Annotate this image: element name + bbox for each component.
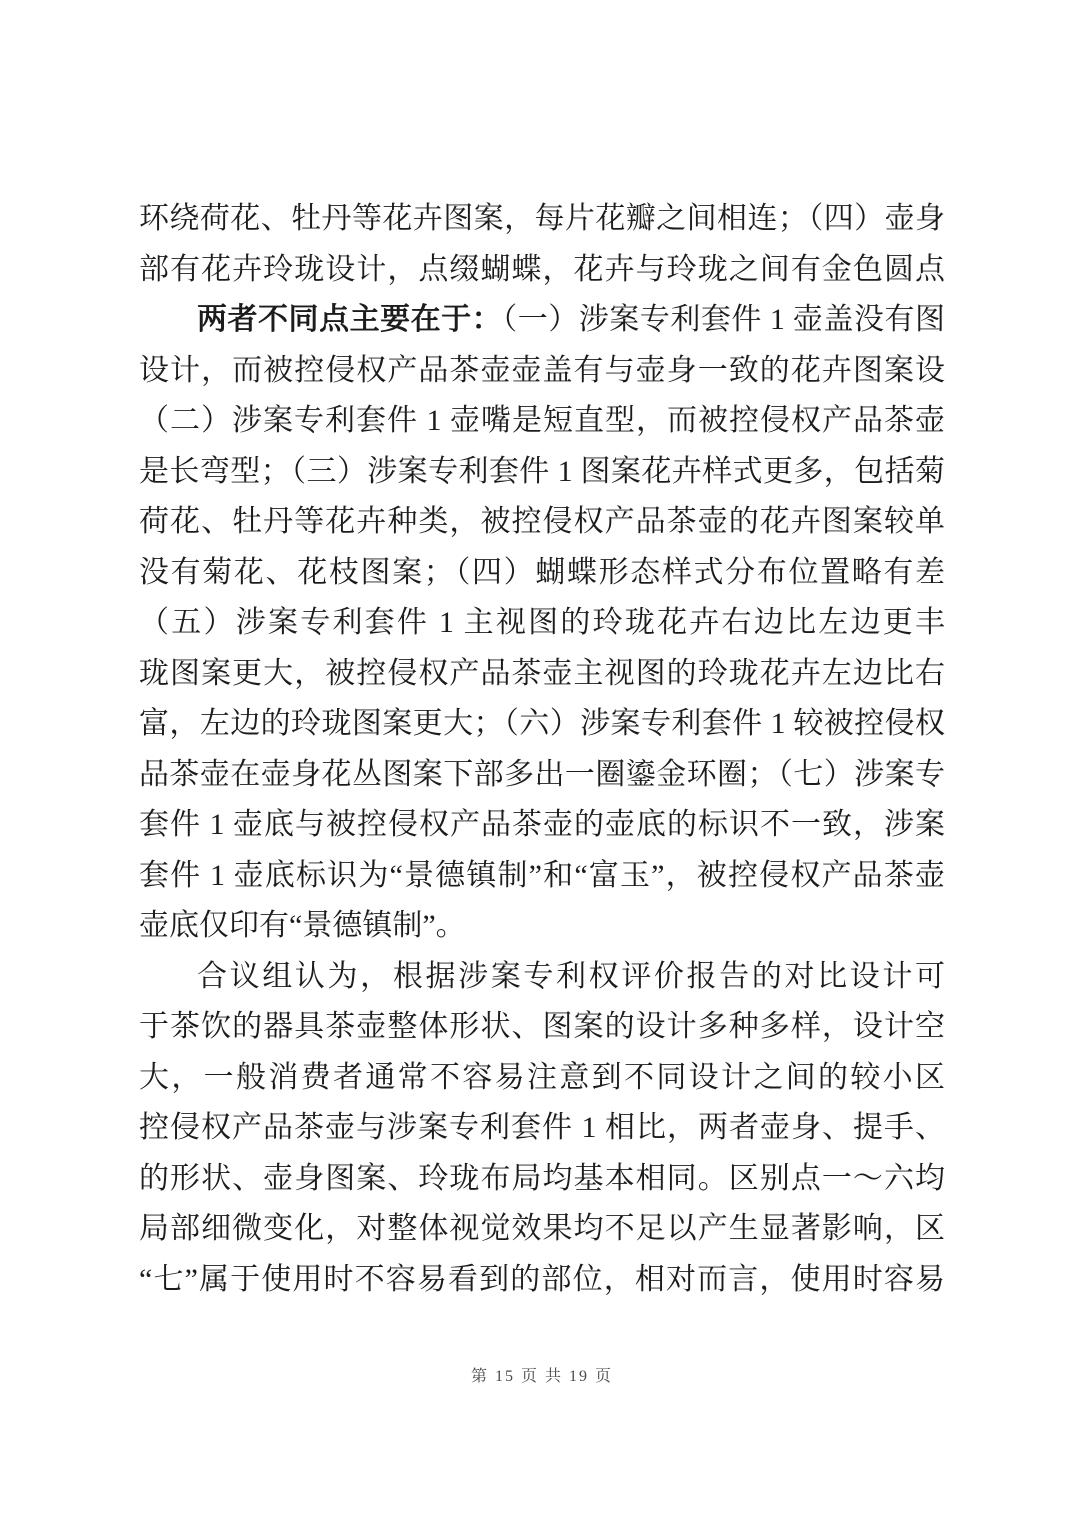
text-run: 品茶壶在壶身花丛图案下部多出一圈鎏金环圈；（七）涉案专利 xyxy=(139,758,945,801)
text-line: “七”属于使用时不容易看到的部位，相对而言，使用时容易看 xyxy=(139,1255,945,1306)
text-run: 合议组认为，根据涉案专利权评价报告的对比设计可知，用 xyxy=(139,960,945,1003)
document-body: 环绕荷花、牡丹等花卉图案，每片花瓣之间相连；（四）壶身上部有花卉玲珑设计，点缀蝴… xyxy=(139,194,945,1305)
text-run: （二）涉案专利套件 1 壶嘴是短直型，而被控侵权产品茶壶壶嘴 xyxy=(139,404,945,447)
text-line: 没有菊花、花枝图案；（四）蝴蝶形态样式分布位置略有差异； xyxy=(139,548,945,599)
text-run: 壶底仅印有“景德镇制”。 xyxy=(139,909,466,942)
text-line: 于茶饮的器具茶壶整体形状、图案的设计多种多样，设计空间较 xyxy=(139,1002,945,1053)
text-run: “七”属于使用时不容易看到的部位，相对而言，使用时容易看 xyxy=(139,1263,945,1306)
text-line: 品茶壶在壶身花丛图案下部多出一圈鎏金环圈；（七）涉案专利 xyxy=(139,750,945,801)
text-run: 设计，而被控侵权产品茶壶壶盖有与壶身一致的花卉图案设计； xyxy=(139,354,945,397)
text-line: 珑图案更大，被控侵权产品茶壶主视图的玲珑花卉左边比右边丰 xyxy=(139,649,945,700)
text-line: 部有花卉玲珑设计，点缀蝴蝶，花卉与玲珑之间有金色圆点图案。 xyxy=(139,245,945,296)
text-line: 套件 1 壶底标识为“景德镇制”和“富玉”，被控侵权产品茶壶 xyxy=(139,851,945,902)
text-line: 合议组认为，根据涉案专利权评价报告的对比设计可知，用 xyxy=(139,952,945,1003)
text-line: 控侵权产品茶壶与涉案专利套件 1 相比，两者壶身、提手、壶盖 xyxy=(139,1103,945,1154)
text-run: 是长弯型；（三）涉案专利套件 1 图案花卉样式更多，包括菊花、 xyxy=(139,455,945,498)
text-line: （五）涉案专利套件 1 主视图的玲珑花卉右边比左边更丰富，玲 xyxy=(139,598,945,649)
text-run: 部有花卉玲珑设计，点缀蝴蝶，花卉与玲珑之间有金色圆点图案。 xyxy=(139,253,945,296)
text-run: 局部细微变化，对整体视觉效果均不足以产生显著影响，区别点 xyxy=(139,1212,945,1255)
text-run: 于茶饮的器具茶壶整体形状、图案的设计多种多样，设计空间较 xyxy=(139,1010,945,1053)
text-line: 是长弯型；（三）涉案专利套件 1 图案花卉样式更多，包括菊花、 xyxy=(139,447,945,498)
text-run: 没有菊花、花枝图案；（四）蝴蝶形态样式分布位置略有差异； xyxy=(139,556,945,599)
page-number-label: 第 15 页 共 19 页 xyxy=(471,1368,613,1385)
text-run: 套件 1 壶底标识为“景德镇制”和“富玉”，被控侵权产品茶壶 xyxy=(139,859,945,892)
text-line: 设计，而被控侵权产品茶壶壶盖有与壶身一致的花卉图案设计； xyxy=(139,346,945,397)
text-run: 富，左边的玲珑图案更大；（六）涉案专利套件 1 较被控侵权产 xyxy=(139,707,945,750)
text-line: 壶底仅印有“景德镇制”。 xyxy=(139,901,945,952)
text-line: 两者不同点主要在于：（一）涉案专利套件 1 壶盖没有图案 xyxy=(139,295,945,346)
text-line: 局部细微变化，对整体视觉效果均不足以产生显著影响，区别点 xyxy=(139,1204,945,1255)
text-line: 的形状、壶身图案、玲珑布局均基本相同。区别点一～六均属于 xyxy=(139,1154,945,1205)
text-run: 大，一般消费者通常不容易注意到不同设计之间的较小区别。被 xyxy=(139,1061,945,1104)
text-run: 环绕荷花、牡丹等花卉图案，每片花瓣之间相连；（四）壶身上 xyxy=(139,202,945,245)
text-line: 富，左边的玲珑图案更大；（六）涉案专利套件 1 较被控侵权产 xyxy=(139,699,945,750)
bold-text-run: 两者不同点主要在于： xyxy=(197,303,502,336)
text-run: 套件 1 壶底与被控侵权产品茶壶的壶底的标识不一致，涉案专利 xyxy=(139,808,945,851)
document-page: 环绕荷花、牡丹等花卉图案，每片花瓣之间相连；（四）壶身上部有花卉玲珑设计，点缀蝴… xyxy=(0,0,1074,1520)
page-footer: 第 15 页 共 19 页 xyxy=(139,1366,945,1388)
text-run: 控侵权产品茶壶与涉案专利套件 1 相比，两者壶身、提手、壶盖 xyxy=(139,1111,945,1154)
text-line: 大，一般消费者通常不容易注意到不同设计之间的较小区别。被 xyxy=(139,1053,945,1104)
text-run: 荷花、牡丹等花卉种类，被控侵权产品茶壶的花卉图案较单一， xyxy=(139,505,945,548)
text-line: 荷花、牡丹等花卉种类，被控侵权产品茶壶的花卉图案较单一， xyxy=(139,497,945,548)
text-run: 的形状、壶身图案、玲珑布局均基本相同。区别点一～六均属于 xyxy=(139,1162,945,1205)
text-run: 珑图案更大，被控侵权产品茶壶主视图的玲珑花卉左边比右边丰 xyxy=(139,657,945,700)
text-line: （二）涉案专利套件 1 壶嘴是短直型，而被控侵权产品茶壶壶嘴 xyxy=(139,396,945,447)
text-line: 环绕荷花、牡丹等花卉图案，每片花瓣之间相连；（四）壶身上 xyxy=(139,194,945,245)
text-run: （五）涉案专利套件 1 主视图的玲珑花卉右边比左边更丰富，玲 xyxy=(139,606,945,649)
text-line: 套件 1 壶底与被控侵权产品茶壶的壶底的标识不一致，涉案专利 xyxy=(139,800,945,851)
